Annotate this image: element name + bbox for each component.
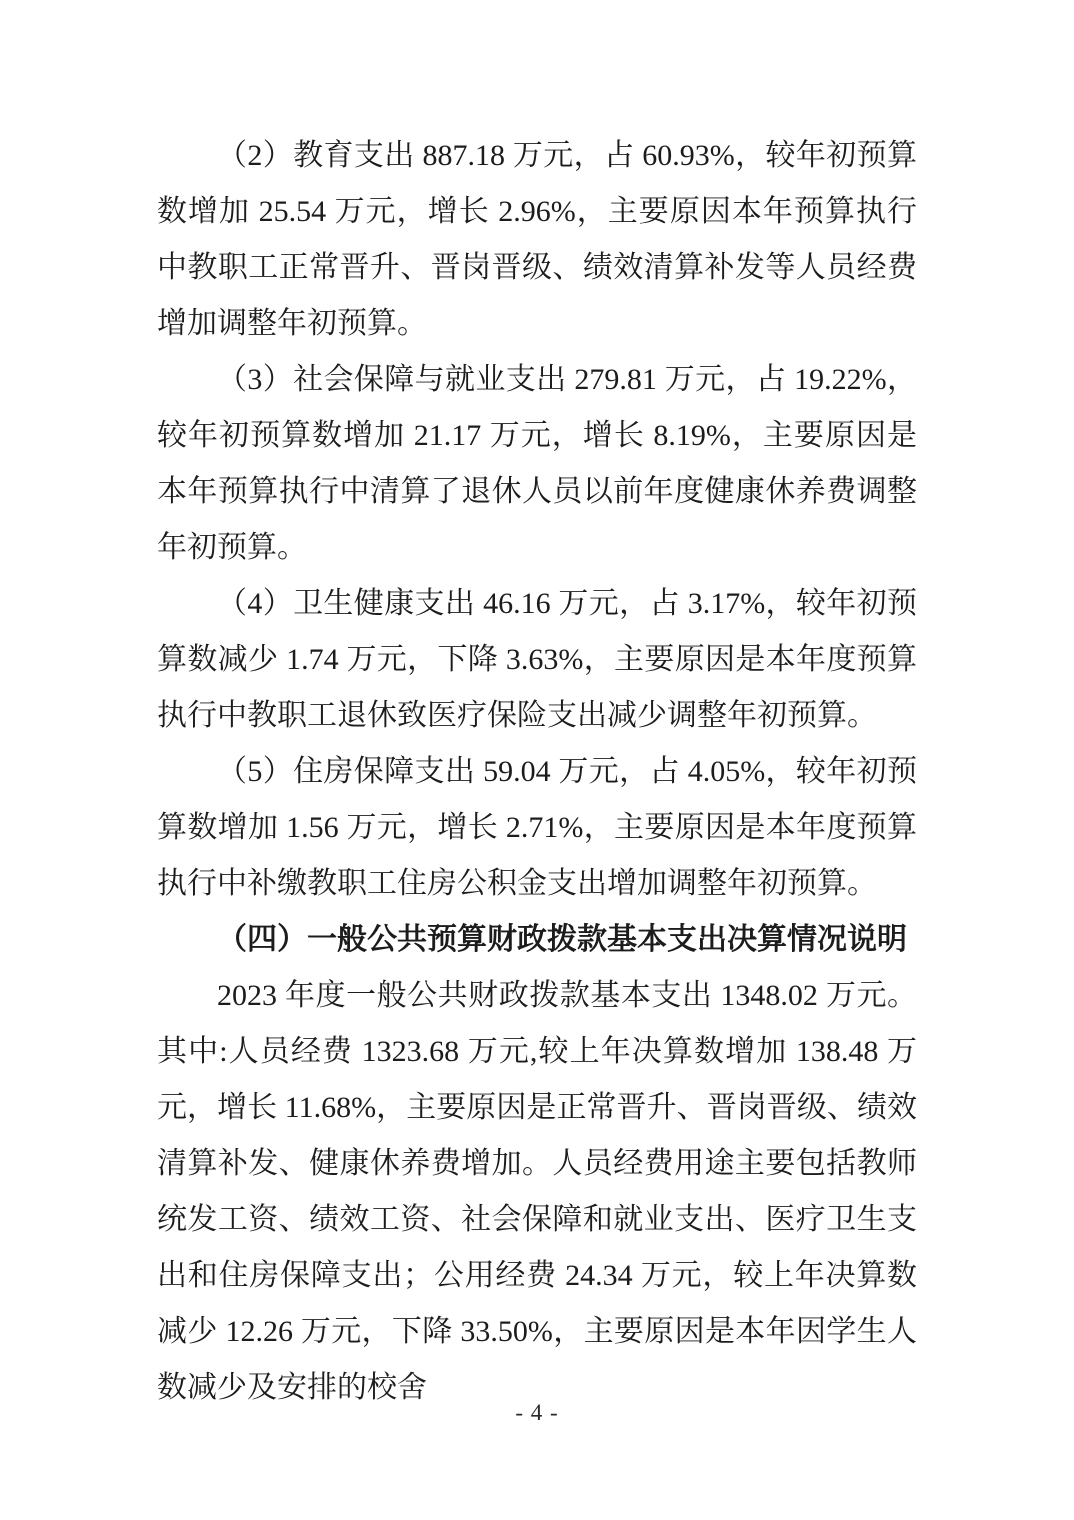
paragraph-social-security-expense: （3）社会保障与就业支出 279.81 万元，占 19.22%，较年初预算数增加…: [157, 352, 917, 576]
section-heading-basic-expenditure: （四）一般公共预算财政拨款基本支出决算情况说明: [157, 912, 917, 968]
paragraph-housing-expense: （5）住房保障支出 59.04 万元，占 4.05%，较年初预算数增加 1.56…: [157, 744, 917, 912]
document-body: （2）教育支出 887.18 万元，占 60.93%，较年初预算数增加 25.5…: [157, 128, 917, 1416]
paragraph-education-expense: （2）教育支出 887.18 万元，占 60.93%，较年初预算数增加 25.5…: [157, 128, 917, 352]
page-number: - 4 -: [0, 1398, 1074, 1428]
paragraph-health-expense: （4）卫生健康支出 46.16 万元，占 3.17%，较年初预算数减少 1.74…: [157, 576, 917, 744]
document-page: （2）教育支出 887.18 万元，占 60.93%，较年初预算数增加 25.5…: [0, 0, 1074, 1520]
paragraph-basic-expenditure-detail: 2023 年度一般公共财政拨款基本支出 1348.02 万元。其中:人员经费 1…: [157, 968, 917, 1416]
